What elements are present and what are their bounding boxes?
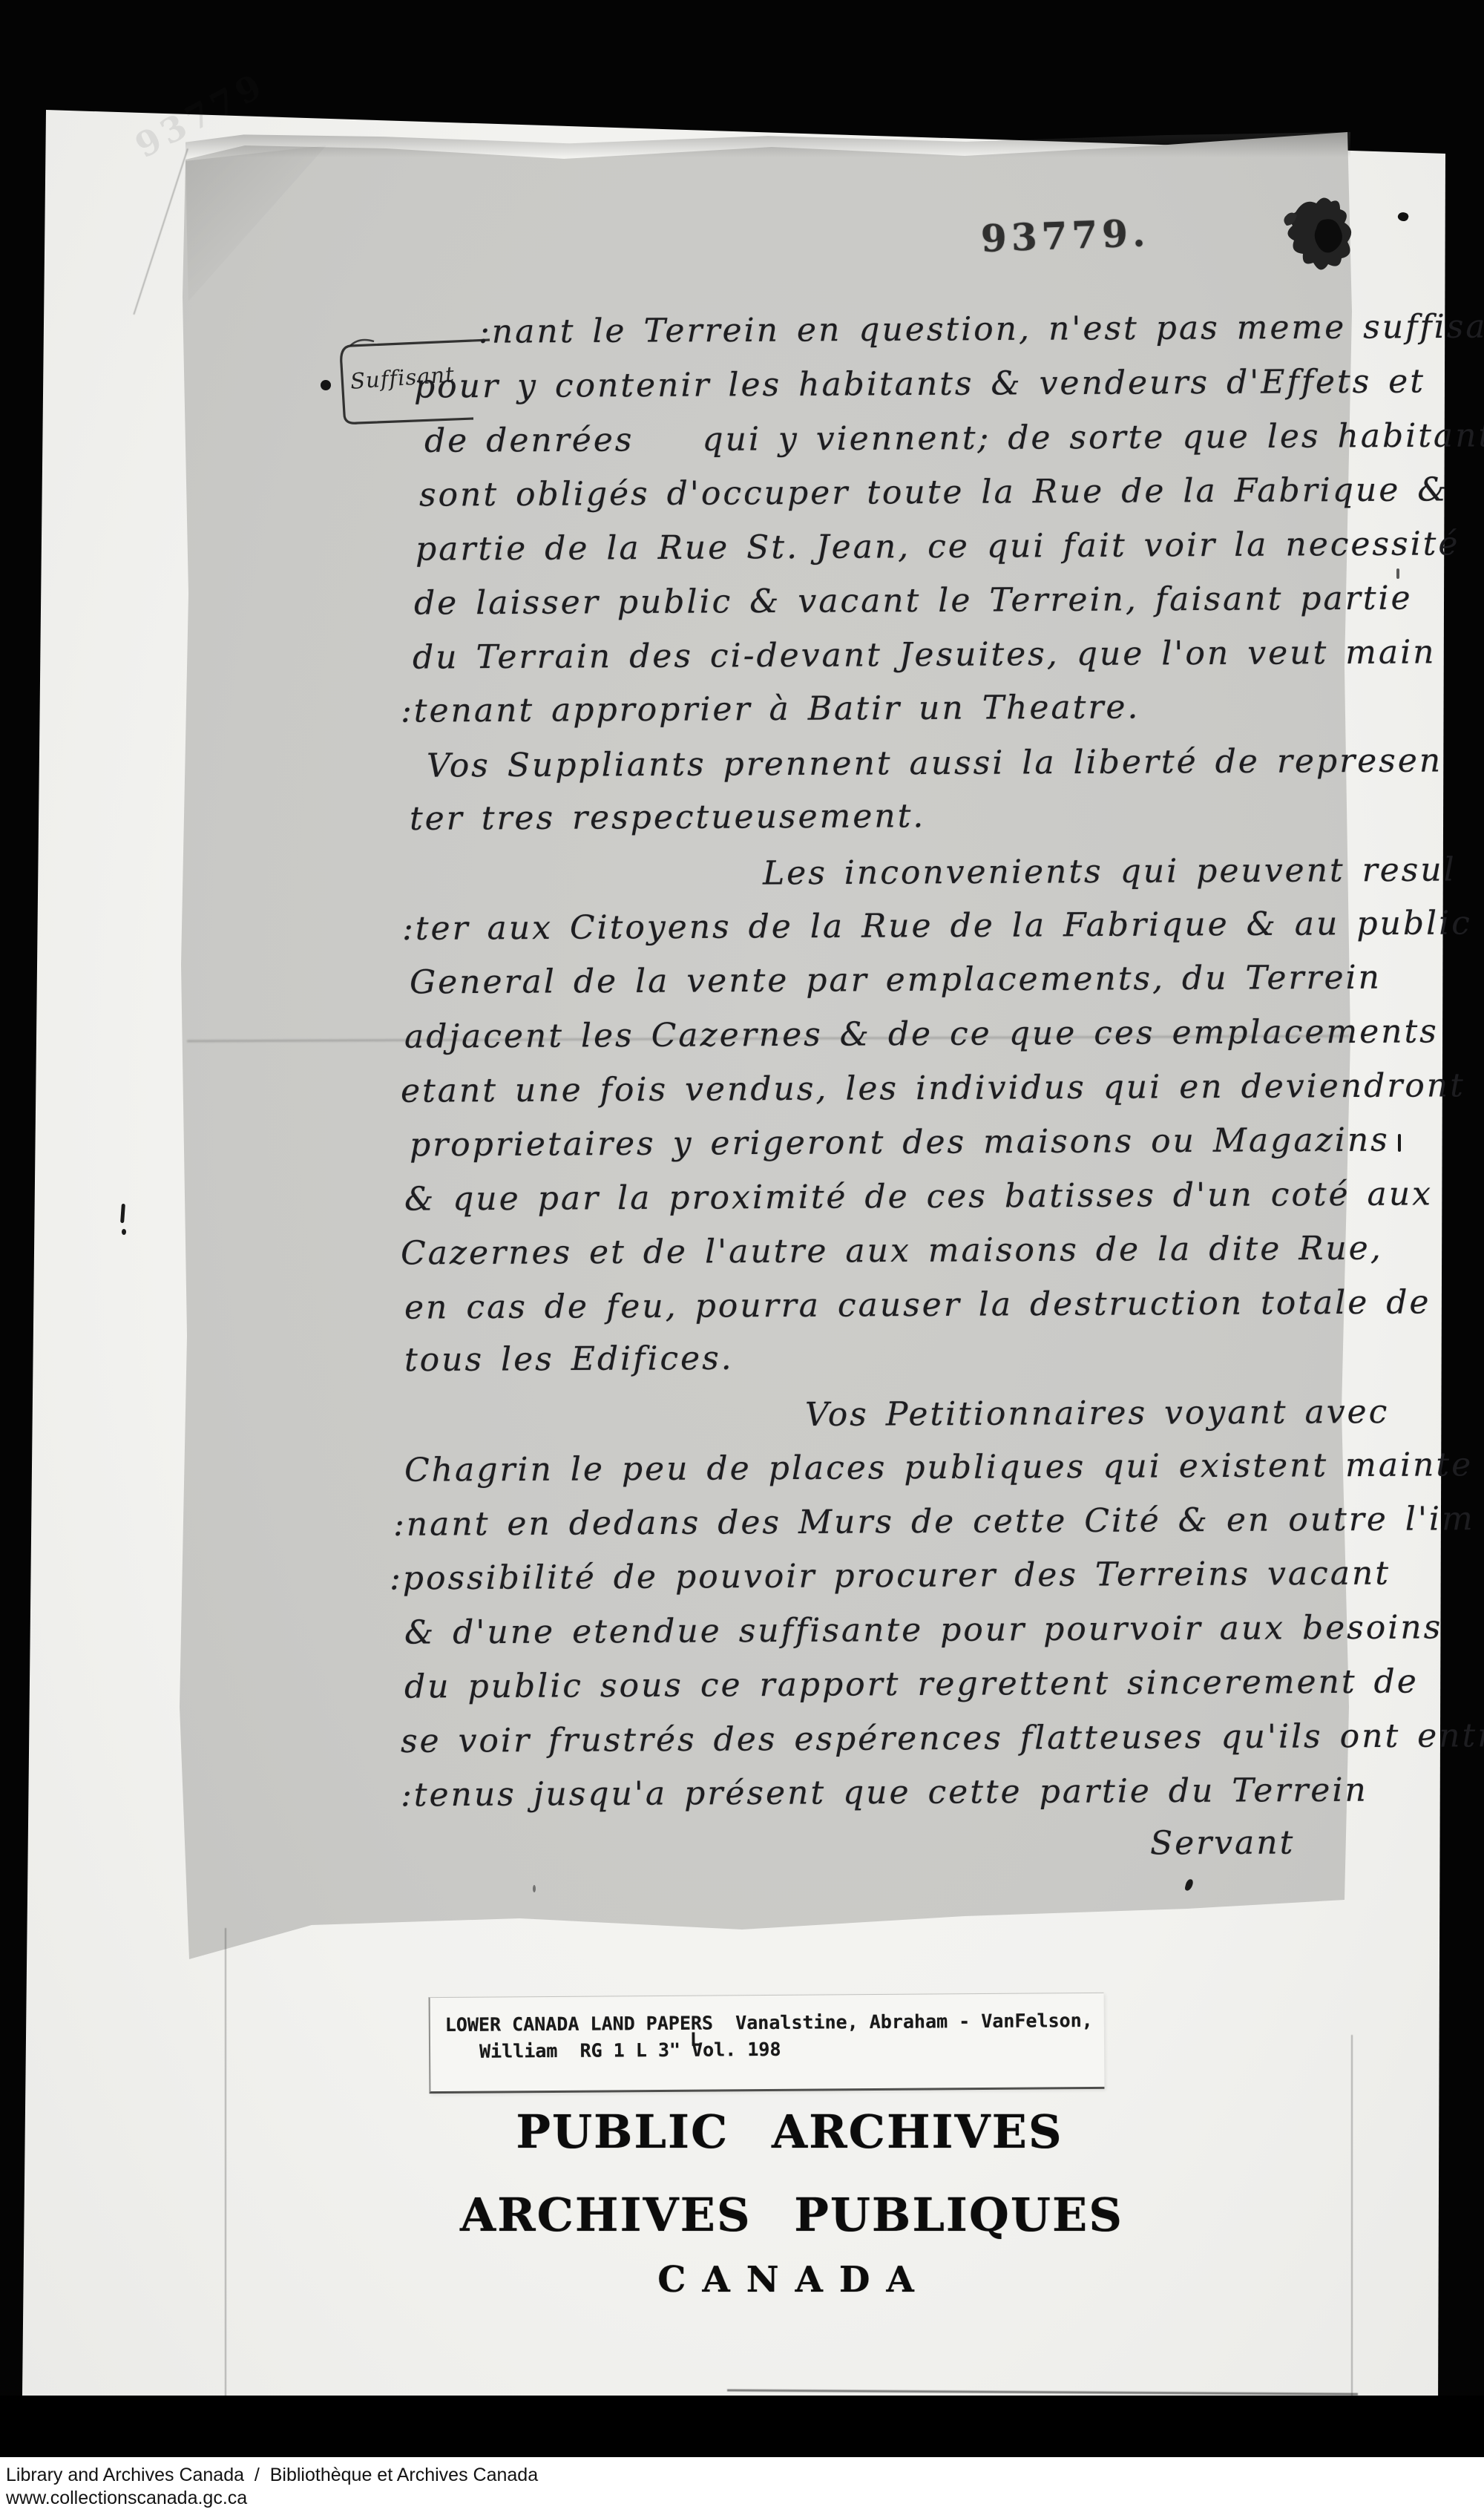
- manuscript-line: :tenant approprier à Batir un Theatre.: [401, 688, 1140, 730]
- archives-imprint-english: PUBLIC ARCHIVES: [516, 2105, 1063, 2159]
- manuscript-line: se voir frustrés des espérences flatteus…: [401, 1717, 1484, 1760]
- manuscript-line: :tenus jusqu'a présent que cette partie …: [401, 1771, 1368, 1814]
- manuscript-line: etant une fois vendus, les individus qui…: [401, 1066, 1465, 1110]
- manuscript-line: :nant en dedans des Murs de cette Cité &…: [393, 1500, 1475, 1544]
- manuscript-line: ter tres respectueusement.: [410, 797, 926, 838]
- manuscript-line: :possibilité de pouvoir procurer des Ter…: [390, 1554, 1391, 1597]
- manuscript-line: Chagrin le peu de places publiques qui e…: [404, 1446, 1473, 1489]
- label-volume-line: William RG 1 L 3" Vol. 198: [479, 2039, 781, 2062]
- margin-exclamation-dot: [122, 1229, 126, 1235]
- reference-label-card: LOWER CANADA LAND PAPERS Vanalstine, Abr…: [429, 1993, 1105, 2094]
- archives-imprint-canada: CANADA: [657, 2259, 930, 2301]
- footer-url: www.collectionscanada.gc.ca: [6, 2488, 247, 2509]
- manuscript-line: & que par la proximité de ces batisses d…: [404, 1175, 1433, 1218]
- manuscript-line: tous les Edifices.: [404, 1340, 734, 1379]
- manuscript-line: Vos Suppliants prennent aussi la liberté…: [427, 741, 1442, 784]
- manuscript-line: du public sous ce rapport regrettent sin…: [404, 1662, 1419, 1705]
- manuscript-line: & d'une etendue suffisante pour pourvoir…: [404, 1608, 1443, 1651]
- manuscript-line: Vos Petitionnaires voyant avec: [805, 1393, 1390, 1434]
- manuscript-line: pour y contenir les habitants & vendeurs…: [414, 362, 1425, 405]
- manuscript-line: partie de la Rue St. Jean, ce qui fait v…: [416, 525, 1460, 568]
- manuscript-line: :nant le Terrein en question, n'est pas …: [479, 307, 1484, 350]
- archive-scan-viewport: { "document": { "stamp_number": "93779."…: [0, 0, 1484, 2518]
- right-margin-small-tick: [1396, 568, 1399, 579]
- manuscript-line: sont obligés d'occuper toute la Rue de l…: [419, 471, 1449, 514]
- footer-institution-line: Library and Archives Canada / Bibliothèq…: [6, 2465, 538, 2486]
- manuscript-line: adjacent les Cazernes & de ce que ces em…: [404, 1012, 1439, 1055]
- manuscript-line: Servant: [1150, 1823, 1296, 1862]
- bottom-black-band: [0, 2396, 1484, 2458]
- label-stray-character: L: [690, 2029, 701, 2050]
- footer-credit: Library and Archives Canada / Bibliothèq…: [0, 2457, 1484, 2518]
- manuscript-line: de laisser public & vacant le Terrein, f…: [414, 579, 1413, 622]
- manuscript-line: en cas de feu, pourra causer la destruct…: [404, 1283, 1431, 1326]
- archives-imprint-french: ARCHIVES PUBLIQUES: [460, 2188, 1123, 2242]
- small-ink-speck: [533, 1885, 536, 1892]
- right-margin-tick: [1398, 1134, 1401, 1152]
- manuscript-line: de denrées qui y viennent; de sorte que …: [424, 416, 1484, 460]
- manuscript-line: proprietaires y erigeront des maisons ou…: [410, 1121, 1390, 1164]
- manuscript-line: du Terrain des ci-devant Jesuites, que l…: [413, 633, 1437, 676]
- manuscript-line: :ter aux Citoyens de la Rue de la Fabriq…: [402, 904, 1484, 948]
- manuscript-line: Cazernes et de l'autre aux maisons de la…: [401, 1230, 1383, 1273]
- manuscript-line: Les inconvenients qui peuvent resul: [763, 851, 1457, 893]
- label-series-line: LOWER CANADA LAND PAPERS Vanalstine, Abr…: [445, 2010, 1093, 2036]
- manuscript-line: General de la vente par emplacements, du…: [410, 959, 1382, 1002]
